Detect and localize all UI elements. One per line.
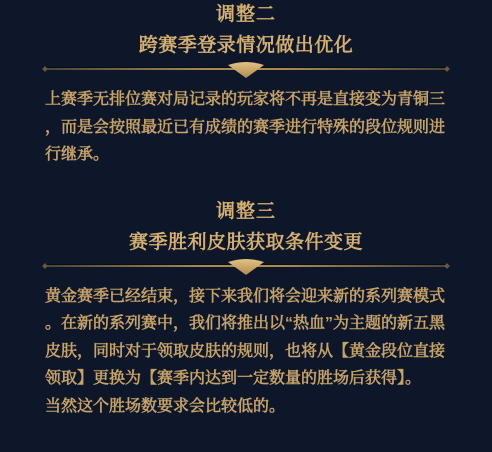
section-adjustment-3: 调整三 赛季胜利皮肤获取条件变更 黄金赛季已经结束，接下来我们将会迎来新的系列赛… (0, 200, 492, 421)
section-title: 调整二 (45, 3, 447, 27)
diamond-ornament-icon (227, 258, 265, 276)
section-adjustment-2: 调整二 跨赛季登录情况做出优化 上赛季无排位赛对局记录的玩家将不再是直接变为青铜… (0, 3, 492, 169)
diamond-ornament-icon (227, 61, 265, 79)
body-paragraph: 上赛季无排位赛对局记录的玩家将不再是直接变为青铜三，而是会按照最近已有成绩的赛季… (45, 86, 447, 169)
announcement-page: 调整二 跨赛季登录情况做出优化 上赛季无排位赛对局记录的玩家将不再是直接变为青铜… (0, 0, 492, 452)
section-subtitle: 赛季胜利皮肤获取条件变更 (45, 231, 447, 255)
section-body: 上赛季无排位赛对局记录的玩家将不再是直接变为青铜三，而是会按照最近已有成绩的赛季… (45, 86, 447, 169)
section-body: 黄金赛季已经结束，接下来我们将会迎来新的系列赛模式。在新的系列赛中，我们将推出以… (45, 283, 447, 421)
body-paragraph: 当然这个胜场数要求会比较低的。 (45, 393, 447, 421)
body-paragraph: 黄金赛季已经结束，接下来我们将会迎来新的系列赛模式。在新的系列赛中，我们将推出以… (45, 283, 447, 393)
section-divider (45, 61, 447, 79)
section-divider (45, 258, 447, 276)
section-title: 调整三 (45, 200, 447, 224)
section-subtitle: 跨赛季登录情况做出优化 (45, 34, 447, 58)
